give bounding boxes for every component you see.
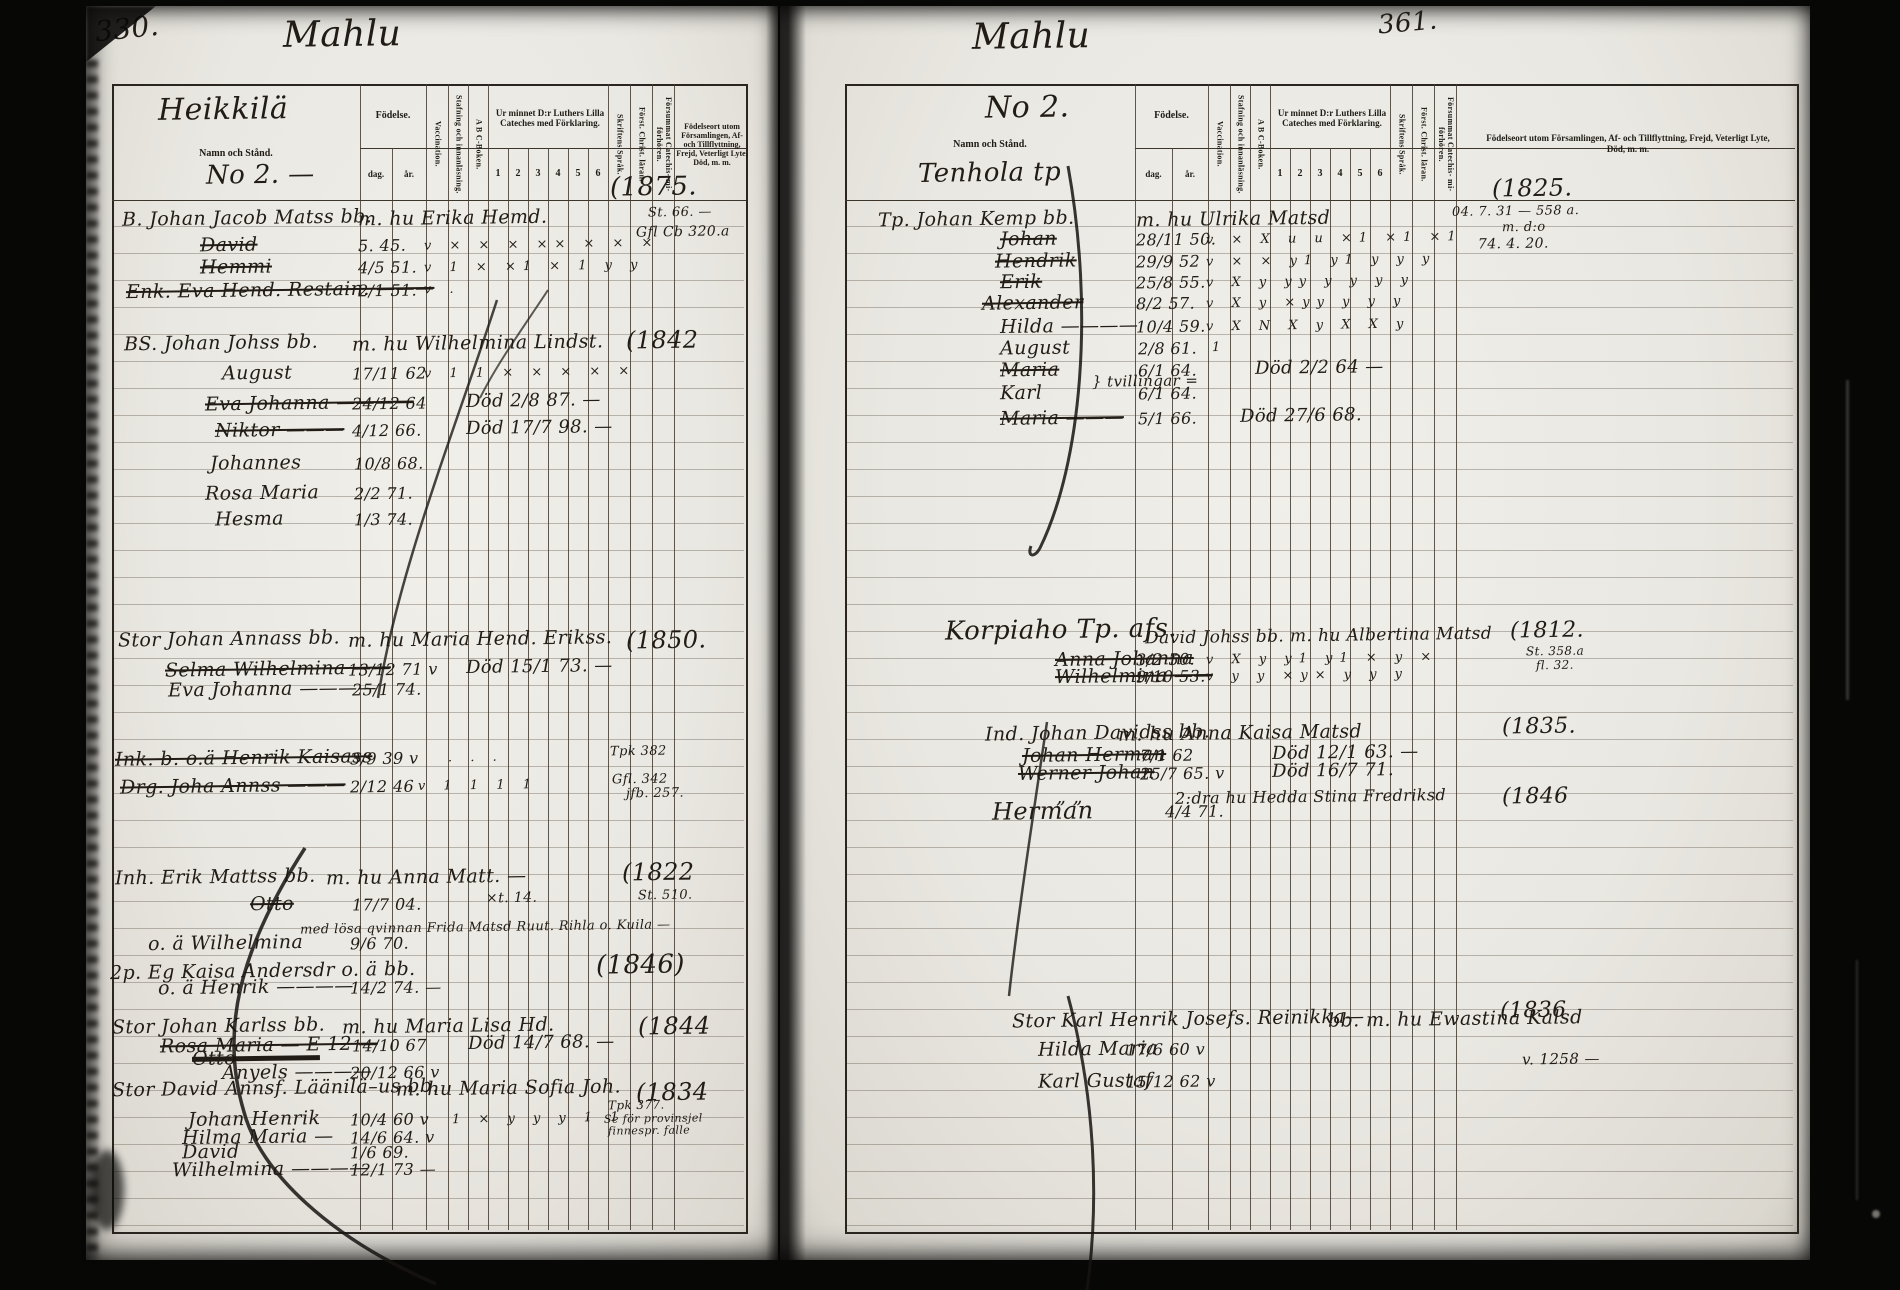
- margin-note: Tpk 382: [610, 744, 667, 760]
- entry-birth-date: 29/9 52: [1136, 252, 1200, 272]
- column-rule: [1456, 84, 1457, 1230]
- catechism-col-6: 6: [588, 148, 608, 200]
- birth-day-header: dag.: [1135, 148, 1172, 200]
- entry-marks: 1 × y y y 1 1: [452, 1110, 626, 1127]
- birth-column-header: Födelse.: [1135, 84, 1208, 148]
- entry-name: Werner Johan: [1018, 761, 1155, 785]
- entry-marks: v X N X y X X y: [1206, 317, 1411, 335]
- death-note: Död 17/7 98. —: [466, 416, 613, 439]
- entry-name: Hemmi: [200, 255, 272, 278]
- entry-birth-date: 14/10 67: [352, 1035, 427, 1055]
- entry-name: o. ä Henrik ————: [158, 975, 354, 1000]
- column-rule: [528, 148, 529, 1230]
- catechism-col-4: 4: [548, 148, 568, 200]
- farm-title: Korpiaho Tp. afs.: [945, 613, 1177, 646]
- household-head: Stor Johan Annass bb.: [118, 626, 340, 651]
- catechism-col-4: 4: [1330, 148, 1350, 200]
- row-rules: [847, 200, 1793, 1230]
- entry-name: Drg. Joha Annss ———: [120, 773, 346, 798]
- column-rule: [426, 84, 427, 1230]
- column-rule: [588, 148, 589, 1230]
- margin-note: St. 358.a: [1526, 644, 1584, 659]
- vaccination-header: Vaccination.: [1208, 84, 1232, 204]
- spouse-name: m. hu Erika Hemd.: [358, 206, 548, 231]
- birth-column-header: Födelse.: [360, 84, 426, 148]
- entry-birth-date: 10/4 60 v: [350, 1109, 429, 1129]
- margin-note: (1835.: [1502, 713, 1576, 739]
- catechism-col-1: 1: [1270, 148, 1290, 200]
- column-rule: [630, 84, 631, 1230]
- entry-birth-date: 1/3 74.: [354, 510, 413, 530]
- entry-name: Wilhelmina ————: [172, 1157, 369, 1182]
- catechism-col-3: 3: [528, 148, 548, 200]
- missed-catechism-header: Försummat Catechis- mi-förhören.: [1434, 84, 1458, 204]
- column-rule: [568, 148, 569, 1230]
- scan-speck: [1872, 1210, 1880, 1218]
- household-head: BS. Johan Johss bb.: [124, 331, 318, 356]
- margin-note: (1825.: [1492, 173, 1573, 202]
- scan-scratch: [1856, 960, 1858, 1200]
- entry-name: Maria ———: [1000, 406, 1124, 430]
- name-column-header: Namn och Stånd.: [112, 147, 360, 161]
- spouse-name: m. hu Wilhelmina Lindst.: [352, 330, 604, 356]
- margin-note: (1875.: [610, 171, 697, 202]
- catechism-col-6: 6: [1370, 148, 1390, 200]
- margin-note: 74. 4. 20.: [1478, 236, 1549, 253]
- christianity-header: Först. Christ. läran.: [1412, 84, 1436, 204]
- entry-name: Karl: [1000, 382, 1043, 405]
- margin-note: (1846: [1502, 784, 1569, 810]
- household-head: Stor David Annsf. Läänilä–us bb.: [112, 1075, 439, 1102]
- margin-note: Tpk 377.: [608, 1098, 665, 1113]
- spouse-name: m. hu Ulrika Matsd: [1136, 207, 1331, 232]
- entry-marks: v y y ×y× y y y: [1206, 667, 1409, 685]
- birth-year-header: år.: [1172, 148, 1208, 200]
- entry-name: Johan: [1000, 228, 1057, 251]
- catechism-col-2: 2: [508, 148, 528, 200]
- death-note: Död 15/1 73. —: [466, 655, 613, 678]
- entry-birth-date: 28/11 50.: [1136, 229, 1217, 249]
- household-number: No 2. —: [206, 159, 315, 191]
- margin-note: (1850.: [626, 625, 707, 654]
- household-head: Inh. Erik Mattss bb.: [115, 865, 316, 890]
- entry-name: Rosa Maria: [205, 481, 319, 505]
- entry-marks: 1: [1212, 340, 1227, 355]
- entry-name: August: [222, 362, 292, 385]
- spouse-name: m. hu Maria Hend. Erikss.: [348, 626, 613, 652]
- entry-name: Otto: [250, 893, 294, 916]
- death-note: Död 2/2 64 —: [1255, 356, 1384, 379]
- header-bottom-rule: [845, 200, 1795, 201]
- margin-note: (1812.: [1510, 617, 1584, 643]
- margin-note: m. d:o: [1502, 220, 1546, 236]
- death-note: Död 16/7 71.: [1272, 759, 1394, 782]
- column-rule: [1290, 148, 1291, 1230]
- margin-note: (1846): [596, 949, 685, 980]
- catechism-col-2: 2: [1290, 148, 1310, 200]
- page-number: 330.: [93, 9, 160, 49]
- entry-marks: ×t. 14.: [486, 890, 538, 907]
- entry-marks: v 1 1 1 1: [418, 777, 538, 794]
- entry-name: Eva Johanna ————: [168, 677, 377, 702]
- entry-birth-date: 17/11 62: [352, 363, 427, 383]
- entry-birth-date: 10/8 68.: [354, 454, 424, 474]
- entry-birth-date: 9/10 53.: [1136, 667, 1206, 687]
- entry-birth-date: 9/6 70.: [350, 934, 409, 954]
- scripture-header: Skriftens Språk.: [1390, 84, 1414, 204]
- entry-birth-date: 14/2 74. —: [350, 977, 442, 997]
- entry-name: Hendrik: [995, 249, 1077, 272]
- birth-day-header: dag.: [360, 148, 392, 200]
- entry-birth-date: 8/2 57.: [1136, 294, 1195, 314]
- scan-scratch: [1846, 380, 1849, 700]
- entry-birth-date: 24/12 64: [352, 393, 427, 413]
- entry-birth-date: 4/5 51.: [358, 258, 417, 278]
- entry-name: August: [1000, 337, 1070, 360]
- entry-birth-date: 25/7 65. v: [1140, 763, 1225, 783]
- scanned-parish-register-spread: 330. Mahlu Mahlu 361. Heikkilä Namn och …: [0, 0, 1900, 1290]
- column-rule: [1370, 148, 1371, 1230]
- birth-year-header: år.: [392, 148, 426, 200]
- catechism-header: Ur minnet D:r Luthers Lilla Cateches med…: [1270, 84, 1394, 152]
- entry-name: Hilda ————: [1000, 314, 1139, 338]
- margin-note: 04. 7. 31 — 558 a.: [1452, 203, 1579, 220]
- margin-note: (1842: [626, 325, 699, 354]
- entry-birth-date: 5/1 66.: [1138, 409, 1197, 429]
- column-rule: [1310, 148, 1311, 1230]
- entry-birth-date: 4/12 66.: [352, 421, 422, 441]
- entry-marks: v 1 1 × × × × ×: [424, 364, 636, 382]
- entry-birth-date: 3/9 39 v: [350, 749, 419, 769]
- column-rule: [548, 148, 549, 1230]
- entry-marks: v 1 × ×1 × 1 y y: [424, 257, 645, 275]
- entry-birth-date: 6/1 64.: [1138, 384, 1197, 404]
- entry-marks: v X y yy y y y y: [1206, 273, 1415, 291]
- entry-name: David: [200, 234, 258, 257]
- spouse-name: m. hu Anna Matt. —: [326, 865, 527, 890]
- entry-name: o. ä Wilhelmina: [148, 931, 303, 955]
- entry-birth-date: 4/4 71.: [1165, 802, 1224, 822]
- margin-note: jfb. 257.: [626, 786, 684, 802]
- margin-note: St. 510.: [638, 888, 693, 904]
- entry-name: Herman: [992, 796, 1094, 825]
- entry-birth-date: 25/8 55.: [1136, 273, 1206, 293]
- entry-name: Erik: [1000, 271, 1042, 294]
- death-note: Död 14/7 68. —: [468, 1031, 615, 1054]
- village-title: Mahlu: [283, 13, 402, 56]
- margin-note: v. 1258 —: [1522, 1049, 1600, 1068]
- entry-marks: . . .: [448, 750, 504, 766]
- farm-title: Heikkilä: [158, 91, 289, 128]
- village-title: Mahlu: [972, 15, 1091, 58]
- entry-name: Maria: [1000, 359, 1060, 382]
- entry-name: Hesma: [215, 508, 284, 531]
- household-number: No 2.: [985, 89, 1070, 125]
- spelling-header: Stafning och innanläsning.: [448, 84, 470, 204]
- entry-birth-date: 2/1 51.: [358, 281, 417, 301]
- catechism-header: Ur minnet D:r Luthers Lilla Cateches med…: [488, 84, 612, 152]
- margin-note: Gfl Cb 320.a: [636, 223, 730, 240]
- death-note: Död 2/8 87. —: [466, 389, 601, 412]
- column-rule: [1330, 148, 1331, 1230]
- entry-birth-date: 5. 45.: [358, 236, 406, 256]
- entry-birth-date: 15/12 62 v: [1126, 1071, 1216, 1091]
- column-rule: [1350, 148, 1351, 1230]
- entry-name: Niktor ———: [215, 418, 345, 442]
- spelling-header: Stafning och innanläsning.: [1230, 84, 1252, 204]
- column-rule: [674, 84, 675, 1230]
- page-number: 361.: [1377, 5, 1439, 40]
- margin-note: (1844: [638, 1011, 711, 1040]
- household-head: B. Johan Jacob Matss bb.: [122, 205, 372, 230]
- margin-note: (1836: [1500, 998, 1567, 1024]
- entry-name: Ink. b. o.ä Henrik Kaisass: [115, 745, 373, 771]
- margin-note: (1822: [622, 857, 695, 886]
- abc-book-header: A B C-Boken.: [1250, 84, 1272, 204]
- catechism-col-5: 5: [1350, 148, 1370, 200]
- farm-title: Tenhola tp: [918, 157, 1061, 189]
- entry-birth-date: 25/1 74.: [352, 680, 422, 700]
- entry-birth-date: 10/4 59.: [1136, 317, 1206, 337]
- entry-birth-date: 17/7 04.: [352, 895, 422, 915]
- entry-birth-date: 12/1 73 —: [350, 1159, 436, 1179]
- entry-name: Johannes: [210, 451, 302, 474]
- catechism-col-1: 1: [488, 148, 508, 200]
- column-rule: [652, 84, 653, 1230]
- entry-birth-date: 2/8 61.: [1138, 339, 1197, 359]
- margin-note: finnespr. falle: [608, 1123, 690, 1137]
- column-rule: [448, 84, 449, 1230]
- entry-marks: v X y ×yy y y y: [1206, 294, 1408, 312]
- catechism-col-3: 3: [1310, 148, 1330, 200]
- margin-note: St. 66. —: [648, 205, 712, 221]
- death-note: Död 27/6 68.: [1240, 404, 1362, 427]
- spouse-name: m. hu Maria Sofia Joh.: [396, 1075, 621, 1100]
- catechism-col-5: 5: [568, 148, 588, 200]
- name-column-header: Namn och Stånd.: [845, 138, 1135, 152]
- entry-birth-date: 2/2 71.: [354, 484, 413, 504]
- entry-marks: v .: [424, 282, 461, 298]
- abc-book-header: A B C-Boken.: [468, 84, 490, 204]
- margin-note: fl. 32.: [1536, 658, 1574, 673]
- vaccination-header: Vaccination.: [426, 84, 450, 204]
- entry-birth-date: 2/12 46: [350, 777, 414, 797]
- entry-birth-date: 17/6 60 v: [1126, 1039, 1205, 1059]
- entry-name: Alexander: [982, 291, 1084, 314]
- column-rule: [508, 148, 509, 1230]
